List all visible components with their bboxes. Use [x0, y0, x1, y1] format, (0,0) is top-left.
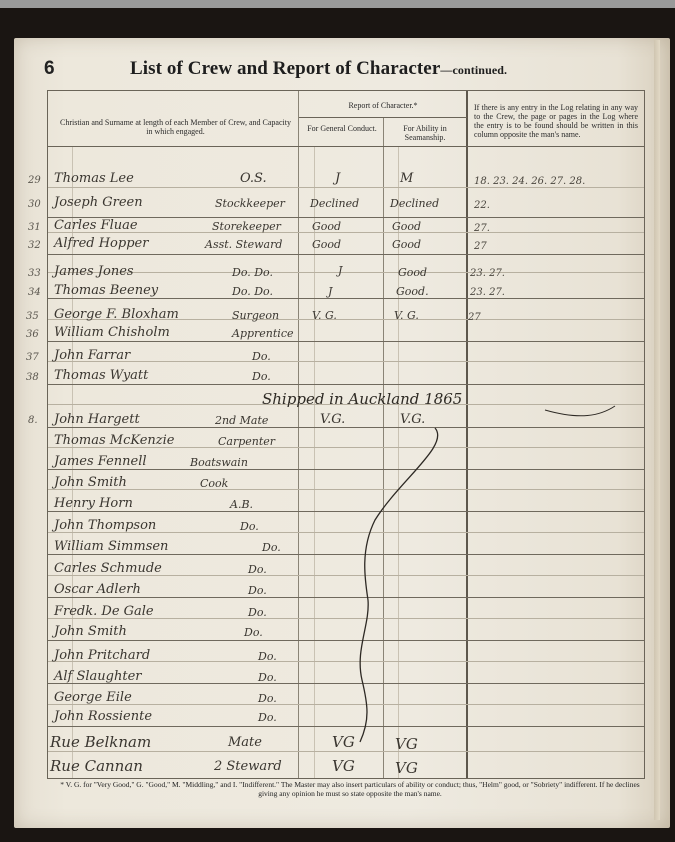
crew-name: George F. Bloxham [54, 307, 179, 322]
log-pages: 23. 27. [470, 287, 505, 298]
row-line [48, 384, 644, 385]
ability-rating: V.G. [400, 412, 425, 427]
row-line [48, 341, 644, 342]
crew-name: John Smith [54, 475, 127, 490]
row-number: 36 [26, 329, 39, 340]
conduct-rating: Good [312, 238, 341, 251]
crew-capacity: Do. Do. [232, 266, 273, 279]
ability-rating: V. G. [394, 309, 419, 322]
crew-capacity: Do. [248, 606, 267, 619]
crew-capacity: Cook [200, 477, 228, 490]
crew-name: John Hargett [54, 412, 140, 427]
crew-capacity: Carpenter [218, 435, 275, 448]
column-divider-name [298, 91, 299, 778]
row-line [48, 361, 644, 362]
crew-name: Oscar Adlerh [54, 582, 141, 597]
crew-capacity: Do. [240, 520, 259, 533]
row-line [48, 640, 644, 641]
crew-capacity: Apprentice [232, 327, 294, 340]
log-pages: 27 [474, 241, 487, 252]
crew-name: Thomas McKenzie [54, 433, 174, 448]
row-line [48, 751, 644, 752]
row-line [48, 298, 644, 299]
row-line [48, 511, 644, 512]
row-number: 31 [28, 222, 41, 233]
crew-name: William Chisholm [54, 325, 170, 340]
header-subdivider [299, 117, 467, 118]
log-pages: 22. [474, 200, 490, 211]
crew-name: Alfred Hopper [54, 236, 148, 251]
crew-capacity: Do. [258, 692, 277, 705]
conduct-rating: V.G. [320, 412, 345, 427]
log-pages: 27. [474, 223, 490, 234]
ability-rating: Good [392, 238, 421, 251]
crew-capacity: Boatswain [190, 456, 248, 469]
crew-capacity: Do. [258, 671, 277, 684]
crew-name: James Fennell [54, 454, 147, 469]
row-number: 33 [28, 268, 41, 279]
row-number: 30 [28, 199, 41, 210]
crew-capacity: 2nd Mate [215, 414, 268, 427]
row-number: 38 [26, 372, 39, 383]
crew-capacity: Do. Do. [232, 285, 273, 298]
header-ability-seamanship: For Ability in Seamanship. [385, 124, 465, 142]
ability-rating: Declined [390, 197, 439, 210]
header-log-reference: If there is any entry in the Log relatin… [474, 103, 638, 139]
crew-capacity: Do. [248, 584, 267, 597]
row-line [48, 704, 644, 705]
conduct-rating: Good [312, 220, 341, 233]
header-report-of-character: Report of Character.* [300, 101, 466, 110]
row-line [48, 254, 644, 255]
page-title-suffix: —continued. [440, 63, 507, 77]
ability-rating: M [400, 171, 413, 186]
row-line [48, 489, 644, 490]
row-number: 29 [28, 175, 41, 186]
crew-name: Henry Horn [54, 496, 133, 511]
ability-rating: Good. [396, 285, 429, 298]
crew-capacity: Do. [262, 541, 281, 554]
crew-capacity: A.B. [230, 498, 253, 511]
page-title-main: List of Crew and Report of Character [130, 58, 440, 79]
crew-name: Carles Schmude [54, 561, 162, 576]
crew-name: Fredk. De Gale [54, 604, 154, 619]
footnote-rating-key: * V. G. for "Very Good," G. "Good," M. "… [55, 780, 645, 798]
crew-name: Rue Belknam [50, 733, 151, 751]
row-number: 34 [28, 287, 41, 298]
ability-rating: Good [398, 266, 427, 279]
crew-name: Thomas Wyatt [54, 368, 148, 383]
row-line [48, 272, 644, 273]
crew-name: John Farrar [54, 348, 130, 363]
page-number: 6 [44, 58, 55, 80]
crew-name: Joseph Green [54, 195, 143, 210]
row-number: 35 [26, 311, 39, 322]
conduct-rating: VG [332, 733, 355, 751]
shipped-in-auckland-note: Shipped in Auckland 1865 [262, 390, 462, 408]
crew-capacity: Do. [244, 626, 263, 639]
crew-capacity: O.S. [240, 171, 267, 186]
crew-name: John Smith [54, 624, 127, 639]
row-number: 37 [26, 352, 39, 363]
row-line [48, 187, 644, 188]
conduct-rating: J [328, 285, 332, 298]
crew-capacity: Asst. Steward [205, 238, 282, 251]
crew-name: George Eile [54, 690, 132, 705]
viewer-top-bar [0, 0, 675, 8]
crew-name: Carles Fluae [54, 218, 138, 233]
crew-name: James Jones [54, 264, 134, 279]
row-number: 32 [28, 240, 41, 251]
crew-name: John Thompson [54, 518, 156, 533]
crew-capacity: Surgeon [232, 309, 279, 322]
crew-name: Thomas Lee [54, 171, 134, 186]
crew-capacity: Do. [258, 711, 277, 724]
conduct-rating: J [335, 171, 340, 186]
row-line [48, 427, 644, 428]
conduct-rating: VG [332, 757, 355, 775]
crew-capacity: Do. [252, 370, 271, 383]
ability-rating: VG [395, 735, 418, 753]
ability-rating: Good [392, 220, 421, 233]
crew-capacity: Stockkeeper [215, 197, 285, 210]
crew-name: John Pritchard [54, 648, 150, 663]
log-pages: 18. 23. 24. 26. 27. 28. [474, 176, 585, 187]
crew-capacity: Mate [228, 735, 262, 750]
crew-name: William Simmsen [54, 539, 168, 554]
crew-name: Thomas Beeney [54, 283, 158, 298]
crew-name: Rue Cannan [50, 757, 143, 775]
crew-capacity: 2 Steward [214, 759, 282, 774]
crew-capacity: Do. [252, 350, 271, 363]
page-spine-edge [654, 40, 660, 820]
log-pages: 23. 27. [470, 268, 505, 279]
conduct-rating: J [338, 264, 342, 277]
ability-rating: VG [395, 759, 418, 777]
header-divider [48, 146, 644, 147]
crew-capacity: Do. [258, 650, 277, 663]
conduct-rating: V. G. [312, 309, 337, 322]
row-line [48, 469, 644, 470]
row-number: 8. [28, 415, 38, 426]
log-pages: 27 [468, 312, 481, 323]
column-divider-ability [466, 91, 468, 778]
row-line [48, 554, 644, 555]
row-line [48, 597, 644, 598]
row-line [48, 726, 644, 727]
header-general-conduct: For General Conduct. [302, 124, 382, 133]
crew-name: John Rossiente [54, 709, 152, 724]
crew-capacity: Storekeeper [212, 220, 281, 233]
conduct-rating: Declined [310, 197, 359, 210]
page-title: List of Crew and Report of Character—con… [130, 58, 507, 80]
crew-capacity: Do. [248, 563, 267, 576]
crew-name: Alf Slaughter [54, 669, 142, 684]
header-name-column: Christian and Surname at length of each … [58, 118, 293, 136]
